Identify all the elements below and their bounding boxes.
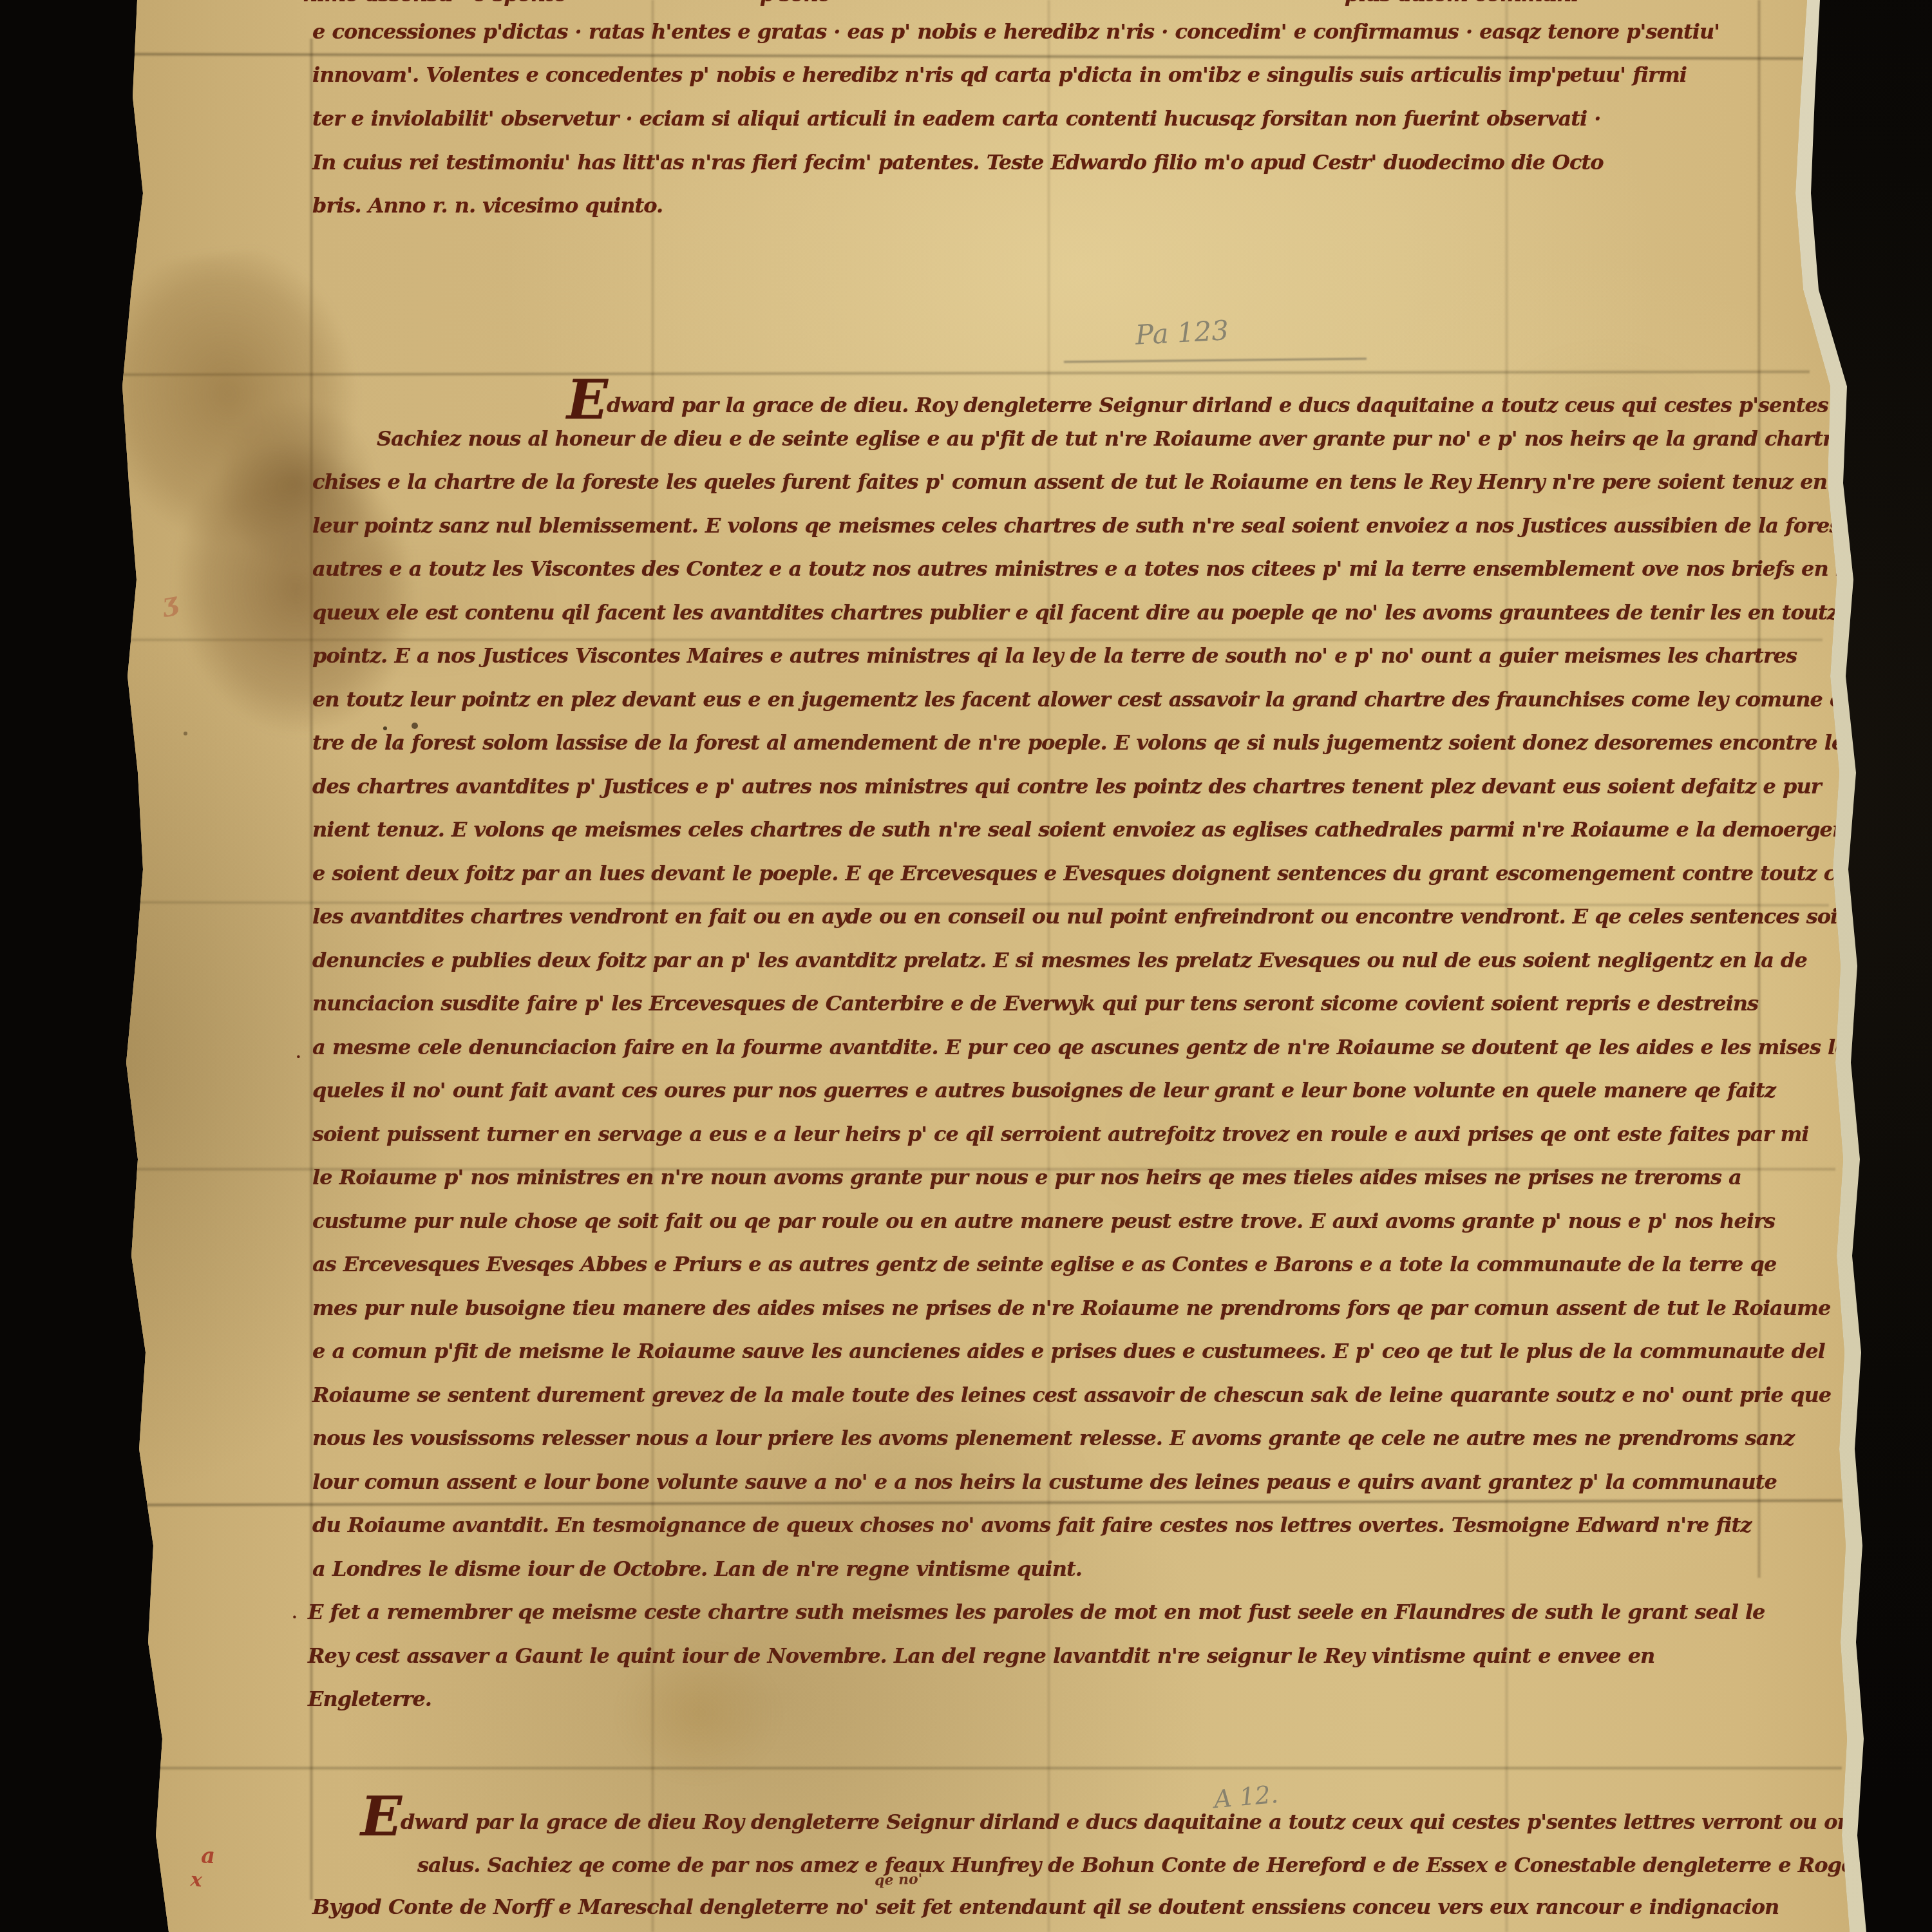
parchment-sheet: nimo assensu · e sponte ·p'soneplus aute… <box>0 0 1932 1932</box>
confirmatio-cartarum-french-line: lour comun assent e lour bone volunte sa… <box>312 1468 1777 1495</box>
latin-confirmation-line: plus autem communi <box>1345 0 1578 8</box>
confirmatio-cartarum-french-line: Roiaume se sentent durement grevez de la… <box>312 1381 1831 1408</box>
confirmatio-cartarum-french-line: les avantdites chartres vendront en fait… <box>312 903 1873 930</box>
confirmatio-cartarum-french-line: du Roiaume avantdit. En tesmoignance de … <box>312 1511 1751 1539</box>
memorandum-flanders-line: E fet a remembrer qe meisme ceste chartr… <box>308 1598 1765 1625</box>
confirmatio-cartarum-french-line: Sachiez nous al honeur de dieu e de sein… <box>377 425 1932 452</box>
latin-confirmation-line: nimo assensu · e sponte · <box>303 0 580 8</box>
pencil-note-top: Pa 123 <box>1135 314 1229 351</box>
confirmatio-cartarum-french-line: en toutz leur pointz en plez devant eus … <box>312 686 1926 713</box>
latin-confirmation-line: e concessiones p'dictas · ratas h'entes … <box>312 18 1719 45</box>
manuscript-photo: nimo assensu · e sponte ·p'soneplus aute… <box>0 0 1932 1932</box>
confirmatio-cartarum-french-line: e a comun p'fit de meisme le Roiaume sau… <box>312 1338 1825 1365</box>
confirmatio-cartarum-french-line: tre de la forest solom lassise de la for… <box>312 729 1930 756</box>
pardon-charter-french-line: Edward par la grace de dieu Roy denglete… <box>361 1803 1894 1835</box>
red-margin-mark-a: a <box>201 1843 215 1869</box>
confirmatio-cartarum-french-line: denuncies e publies deux foitz par an p'… <box>312 947 1807 974</box>
latin-confirmation-line: innovam'. Volentes e concedentes p' nobi… <box>312 61 1687 88</box>
confirmatio-cartarum-french-line: queux ele est contenu qil facent les ava… <box>312 599 1889 626</box>
confirmatio-cartarum-french-line: leur pointz sanz nul blemissement. E vol… <box>312 512 1932 539</box>
pardon-charter-french-line: salus. Sachiez qe come de par nos amez e… <box>417 1851 1864 1879</box>
confirmatio-cartarum-french-line: pointz. E a nos Justices Viscontes Maire… <box>312 642 1797 669</box>
decorated-initial: E <box>361 1785 401 1848</box>
confirmatio-cartarum-french-line: Edward par la grace de dieu. Roy denglet… <box>567 386 1932 419</box>
confirmatio-cartarum-french-line: chises e la chartre de la foreste les qu… <box>312 468 1890 495</box>
margin-dot-2: · <box>291 1605 298 1631</box>
pardon-charter-french-line: Bygod Conte de Norff e Mareschal denglet… <box>312 1893 1779 1920</box>
confirmatio-cartarum-french-line: as Ercevesques Evesqes Abbes e Priurs e … <box>312 1251 1776 1278</box>
confirmatio-cartarum-french-line: autres e a toutz les Viscontes des Conte… <box>312 555 1866 582</box>
latin-confirmation-line: ter e inviolabilit' observetur · eciam s… <box>312 105 1600 132</box>
decorated-initial: E <box>567 368 607 431</box>
latin-confirmation-line: p'sone <box>760 0 830 8</box>
confirmatio-cartarum-french-line: e soient deux foitz par an lues devant l… <box>312 860 1932 887</box>
confirmatio-cartarum-french-line: queles il no' ount fait avant ces oures … <box>312 1077 1776 1104</box>
confirmatio-cartarum-french-line: nient tenuz. E volons qe meismes celes c… <box>312 816 1855 843</box>
confirmatio-cartarum-french-line: le Roiaume p' nos ministres en n're noun… <box>312 1164 1741 1191</box>
confirmatio-cartarum-french-line: nous les vousissoms relesser nous a lour… <box>312 1425 1794 1452</box>
confirmatio-cartarum-french-line: des chartres avantdites p' Justices e p'… <box>312 773 1821 800</box>
confirmatio-cartarum-french-line: nunciacion susdite faire p' les Ercevesq… <box>312 990 1758 1017</box>
margin-dot-1: · <box>295 1045 302 1070</box>
confirmatio-cartarum-french-line: a mesme cele denunciacion faire en la fo… <box>312 1034 1859 1061</box>
confirmatio-cartarum-french-line: mes pur nule busoigne tieu manere des ai… <box>312 1294 1830 1321</box>
red-margin-mark-x: x <box>190 1868 203 1891</box>
memorandum-flanders-line: Engleterre. <box>308 1685 431 1712</box>
fold-crease-horizontal <box>122 1766 1842 1770</box>
confirmatio-cartarum-french-line: custume pur nule chose qe soit fait ou q… <box>312 1207 1775 1235</box>
confirmatio-cartarum-french-line: soient puissent turner en servage a eus … <box>312 1121 1808 1148</box>
pencil-note-bottom: A 12. <box>1213 1780 1279 1814</box>
memorandum-flanders-line: Rey cest assaver a Gaunt le quint iour d… <box>308 1642 1654 1669</box>
confirmatio-cartarum-french-line: a Londres le disme iour de Octobre. Lan … <box>312 1555 1082 1582</box>
latin-confirmation-line: bris. Anno r. n. vicesimo quinto. <box>312 192 663 219</box>
interlinear-insertion: qe no' <box>875 1871 923 1889</box>
latin-confirmation-line: In cuius rei testimoniu' has litt'as n'r… <box>312 149 1604 176</box>
